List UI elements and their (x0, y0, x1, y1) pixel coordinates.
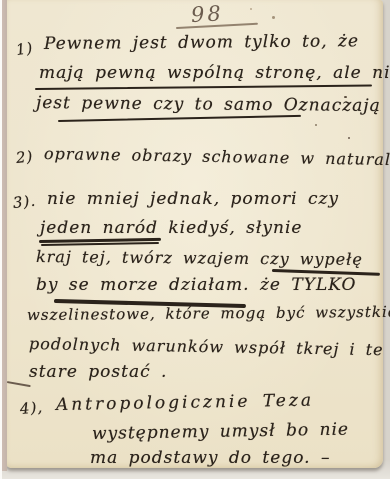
ink-double-underline-bottom (41, 242, 159, 246)
item-1-marker: 1) (15, 39, 35, 59)
handwritten-line: kraj tej, twórz wzajem czy wypełę (36, 247, 363, 269)
handwritten-line: stare postać . (29, 362, 167, 382)
handwritten-line: wszelinestowe, które mogą być wszystkie (27, 303, 390, 324)
ink-speck (344, 96, 347, 98)
handwritten-line: występnemy umysł bo nie (92, 420, 349, 444)
ink-speck (250, 8, 252, 10)
handwritten-line: Antropologicznie Teza (56, 390, 314, 415)
handwritten-line: oprawne obrazy schowane w naturalę (44, 144, 390, 169)
pencil-dash (7, 381, 31, 387)
handwritten-line: by se morze działam. że TYLKO (36, 275, 356, 295)
ink-underline (35, 84, 372, 90)
handwritten-line: podolnych warunków współ tkrej i te (29, 334, 384, 359)
handwritten-line: Pewnem jest dwom tylko to, że (44, 31, 359, 54)
item-4-marker: 4), (19, 398, 44, 418)
handwritten-line: jeden naród kiedyś, słynie (40, 218, 302, 238)
item-3-marker: 3). (12, 192, 37, 212)
scanned-photo: 98 1) Pewnem jest dwom tylko to, że mają… (0, 0, 390, 479)
handwriting-layer: 98 1) Pewnem jest dwom tylko to, że mają… (0, 0, 390, 479)
handwritten-line: jest pewne czy to samo Oznaczają (36, 93, 381, 116)
item-2-marker: 2) (15, 147, 34, 167)
handwritten-line: mają pewną wspólną stronę, ale nie (39, 63, 390, 83)
ink-speck (315, 124, 317, 126)
page-number: 98 (190, 1, 224, 27)
handwritten-line: nie mniej jednak, pomori czy (47, 189, 339, 209)
ink-speck (272, 16, 275, 19)
handwritten-line: ma podstawy do tego. – (90, 448, 330, 468)
ink-speck (348, 137, 350, 139)
ink-underline (58, 115, 301, 122)
